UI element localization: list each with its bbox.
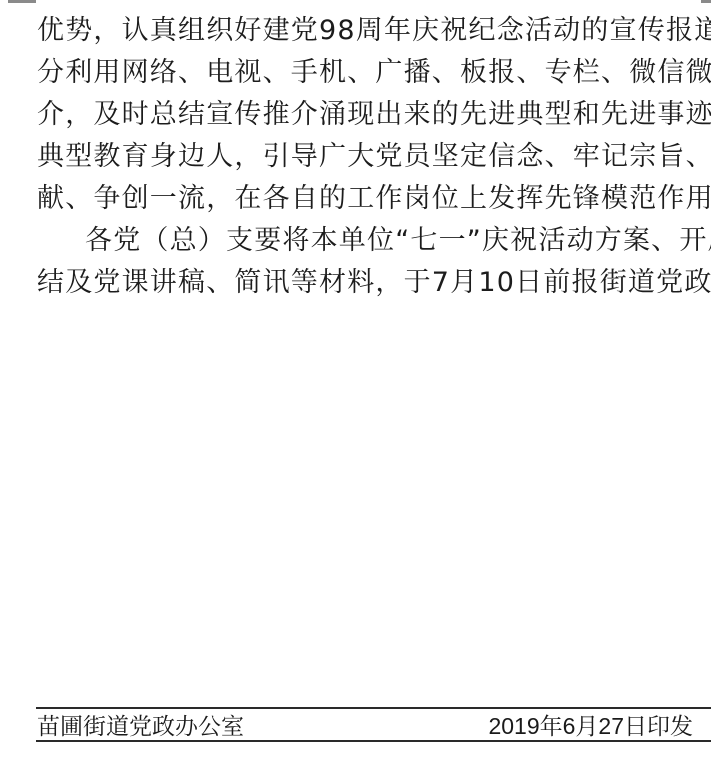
footer-bottom-rule [36, 740, 711, 742]
footer-issuer: 苗圃街道党政办公室 [37, 712, 244, 740]
paragraph-start-line: 各党（总）支要将本单位“七一”庆祝活动方案、开展情况总 [37, 220, 697, 262]
footer-issue-date: 2019年6月27日印发 [488, 712, 693, 740]
page-corner-mark-right [701, 0, 711, 3]
body-line: 介，及时总结宣传推介涌现出来的先进典型和先进事迹，用身边 [37, 94, 697, 136]
body-line: 典型教育身边人，引导广大党员坚定信念、牢记宗旨、无私奉 [37, 136, 697, 178]
page-corner-mark-left [8, 0, 36, 3]
body-line: 结及党课讲稿、简讯等材料，于7月10日前报街道党政办。 [37, 262, 697, 304]
body-line: 分利用网络、电视、手机、广播、板报、专栏、微信微博等媒 [37, 52, 697, 94]
body-line: 献、争创一流，在各自的工作岗位上发挥先锋模范作用。 [37, 178, 697, 220]
body-line: 优势，认真组织好建党98周年庆祝纪念活动的宣传报道，要充 [37, 10, 697, 52]
document-body: 优势，认真组织好建党98周年庆祝纪念活动的宣传报道，要充 分利用网络、电视、手机… [37, 10, 697, 304]
footer-top-rule [36, 707, 711, 709]
